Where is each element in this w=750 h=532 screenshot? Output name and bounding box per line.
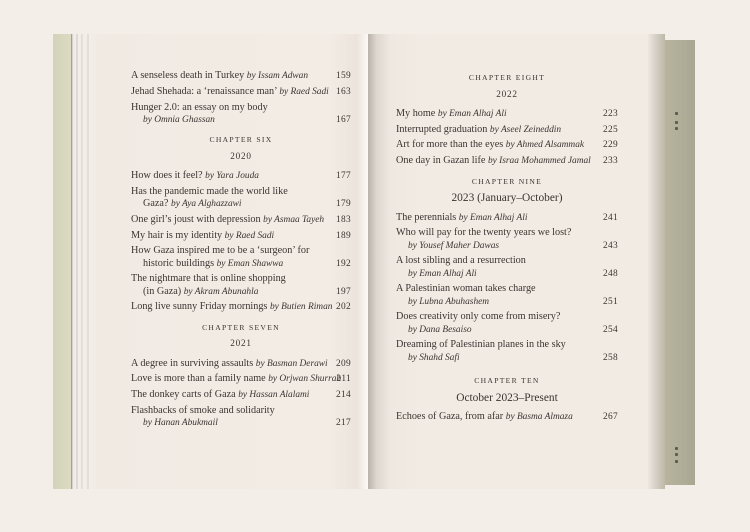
entry-title: Art for more than the eyes (396, 139, 503, 150)
entry-title: A senseless death in Turkey (131, 70, 244, 81)
entry-title: One day in Gazan life (396, 155, 485, 166)
chapter-year: 2020 (131, 152, 351, 161)
entry-page-number: 189 (336, 232, 351, 241)
entry-title: A Palestinian woman takes charge (396, 283, 536, 294)
entry-page-number: 183 (336, 216, 351, 225)
toc-entry: The donkey carts of Gaza by Hassan Alala… (131, 390, 351, 400)
entry-author: by Orjwan Shurrab (268, 374, 341, 384)
toc-entry: Interrupted graduation by Aseel Zeineddi… (396, 125, 618, 135)
entry-page-number: 251 (603, 298, 618, 307)
entry-title-continued: historic buildings (143, 258, 214, 269)
entry-page-number: 202 (336, 303, 351, 312)
entry-title: Hunger 2.0: an essay on my body (131, 102, 268, 113)
entry-title: The perennials (396, 212, 456, 223)
toc-entry: Love is more than a family name by Orjwa… (131, 374, 351, 384)
entry-author: by Eman Alhaj Ali (408, 269, 477, 279)
entry-title: How Gaza inspired me to be a ‘surgeon’ f… (131, 245, 309, 256)
toc-entry: A Palestinian woman takes charge by Lubn… (396, 284, 618, 307)
entry-author: by Israa Mohammed Jamal (488, 156, 591, 166)
entry-author: by Aseel Zeineddin (490, 125, 561, 135)
entry-author: by Hanan Abukmail (143, 418, 218, 428)
entry-title: Echoes of Gaza, from afar (396, 411, 503, 422)
entry-title: Dreaming of Palestinian planes in the sk… (396, 339, 566, 350)
entry-page-number: 192 (336, 260, 351, 269)
chapter-heading: Chapter Nine (396, 178, 618, 186)
entry-author: by Aya Alghazzawi (171, 199, 242, 209)
entry-author: by Basma Almaza (506, 412, 573, 422)
entry-page-number: 267 (603, 413, 618, 422)
toc-entry: Dreaming of Palestinian planes in the sk… (396, 340, 618, 363)
toc-entry: One girl’s joust with depression by Asma… (131, 215, 351, 225)
entry-title: My hair is my identity (131, 230, 222, 241)
toc-left-page: A senseless death in Turkey by Issam Adw… (131, 71, 351, 434)
entry-page-number: 177 (336, 172, 351, 181)
entry-author: by Dana Besaiso (408, 325, 472, 335)
entry-author: by Yousef Maher Dawas (408, 241, 499, 251)
toc-entry: Does creativity only come from misery? b… (396, 312, 618, 335)
entry-author: by Raed Sadi (279, 87, 328, 97)
toc-entry: Jehad Shehada: a ‘renaissance man’ by Ra… (131, 87, 351, 97)
entry-title: Flashbacks of smoke and solidarity (131, 405, 275, 416)
entry-page-number: 179 (336, 200, 351, 209)
entry-author: by Akram Abunahla (184, 287, 259, 297)
page-edges-right (648, 34, 665, 489)
entry-author: by Butien Riman (270, 302, 333, 312)
entry-title: The donkey carts of Gaza (131, 389, 236, 400)
entry-title: A degree in surviving assaults (131, 358, 253, 369)
entry-page-number: 159 (336, 72, 351, 81)
toc-entry: A degree in surviving assaults by Basman… (131, 359, 351, 369)
entry-author: by Eman Alhaj Ali (438, 109, 507, 119)
entry-author: by Basman Derawi (256, 359, 328, 369)
toc-entry: One day in Gazan life by Israa Mohammed … (396, 156, 618, 166)
chapter-heading: Chapter Six (131, 136, 351, 144)
entry-author: by Issam Adwan (247, 71, 308, 81)
entry-title: A lost sibling and a resurrection (396, 255, 526, 266)
toc-entry: Hunger 2.0: an essay on my body by Omnia… (131, 103, 351, 126)
entry-page-number: 163 (336, 88, 351, 97)
entry-title: Who will pay for the twenty years we los… (396, 227, 571, 238)
chapter-year: 2021 (131, 339, 351, 348)
entry-title: Has the pandemic made the world like (131, 186, 288, 197)
entry-page-number: 225 (603, 126, 618, 135)
entry-title: How does it feel? (131, 170, 203, 181)
toc-entry: How Gaza inspired me to be a ‘surgeon’ f… (131, 246, 351, 269)
toc-entry: Echoes of Gaza, from afar by Basma Almaz… (396, 412, 618, 422)
entry-author: by Shahd Safi (408, 353, 460, 363)
chapter-heading: Chapter Seven (131, 324, 351, 332)
entry-author: by Ahmed Alsammak (506, 140, 584, 150)
entry-page-number: 258 (603, 354, 618, 363)
book-cover-right (660, 40, 695, 485)
toc-entry: Who will pay for the twenty years we los… (396, 228, 618, 251)
entry-page-number: 243 (603, 242, 618, 251)
chapter-heading: Chapter Ten (396, 377, 618, 385)
entry-author: by Yara Jouda (205, 171, 259, 181)
book-cover-left (53, 34, 73, 489)
entry-page-number: 211 (336, 375, 351, 384)
entry-page-number: 233 (603, 157, 618, 166)
entry-title: The nightmare that is online shopping (131, 273, 286, 284)
entry-title-continued: (in Gaza) (143, 286, 181, 297)
entry-title: Interrupted graduation (396, 124, 487, 135)
toc-entry: A senseless death in Turkey by Issam Adw… (131, 71, 351, 81)
toc-entry: Flashbacks of smoke and solidarity by Ha… (131, 406, 351, 429)
entry-author: by Raed Sadi (225, 231, 274, 241)
chapter-year: October 2023–Present (396, 393, 618, 404)
entry-title: My home (396, 108, 435, 119)
entry-page-number: 167 (336, 116, 351, 125)
entry-page-number: 241 (603, 214, 618, 223)
spine-marks-bottom (675, 447, 678, 466)
entry-title: Long live sunny Friday mornings (131, 301, 267, 312)
toc-entry: The perennials by Eman Alhaj Ali 241 (396, 213, 618, 223)
entry-page-number: 254 (603, 326, 618, 335)
entry-page-number: 248 (603, 270, 618, 279)
entry-author: by Asmaa Tayeh (263, 215, 324, 225)
entry-page-number: 229 (603, 141, 618, 150)
entry-author: by Eman Shawwa (217, 259, 284, 269)
toc-entry: Art for more than the eyes by Ahmed Alsa… (396, 140, 618, 150)
entry-author: by Omnia Ghassan (143, 115, 215, 125)
toc-entry: How does it feel? by Yara Jouda 177 (131, 171, 351, 181)
entry-author: by Hassan Alalami (238, 390, 309, 400)
entry-page-number: 214 (336, 391, 351, 400)
spine-marks-top (675, 112, 678, 133)
entry-title: Jehad Shehada: a ‘renaissance man’ (131, 86, 277, 97)
toc-entry: My home by Eman Alhaj Ali 223 (396, 109, 618, 119)
chapter-year: 2023 (January–October) (396, 193, 618, 204)
toc-entry: Has the pandemic made the world like Gaz… (131, 187, 351, 210)
entry-page-number: 217 (336, 419, 351, 428)
toc-entry: My hair is my identity by Raed Sadi 189 (131, 231, 351, 241)
entry-title: One girl’s joust with depression (131, 214, 261, 225)
entry-title: Does creativity only come from misery? (396, 311, 560, 322)
toc-entry: A lost sibling and a resurrection by Ema… (396, 256, 618, 279)
entry-author: by Lubna Abuhashem (408, 297, 489, 307)
chapter-heading: Chapter Eight (396, 74, 618, 82)
toc-right-page: Chapter Eight 2022 My home by Eman Alhaj… (396, 71, 618, 428)
entry-author: by Eman Alhaj Ali (459, 213, 528, 223)
page-edges-left (71, 34, 101, 489)
entry-title: Love is more than a family name (131, 373, 266, 384)
entry-title-continued: Gaza? (143, 198, 168, 209)
entry-page-number: 223 (603, 110, 618, 119)
entry-page-number: 197 (336, 288, 351, 297)
toc-entry: Long live sunny Friday mornings by Butie… (131, 302, 351, 312)
toc-entry: The nightmare that is online shopping (i… (131, 274, 351, 297)
entry-page-number: 209 (336, 360, 351, 369)
chapter-year: 2022 (396, 90, 618, 99)
